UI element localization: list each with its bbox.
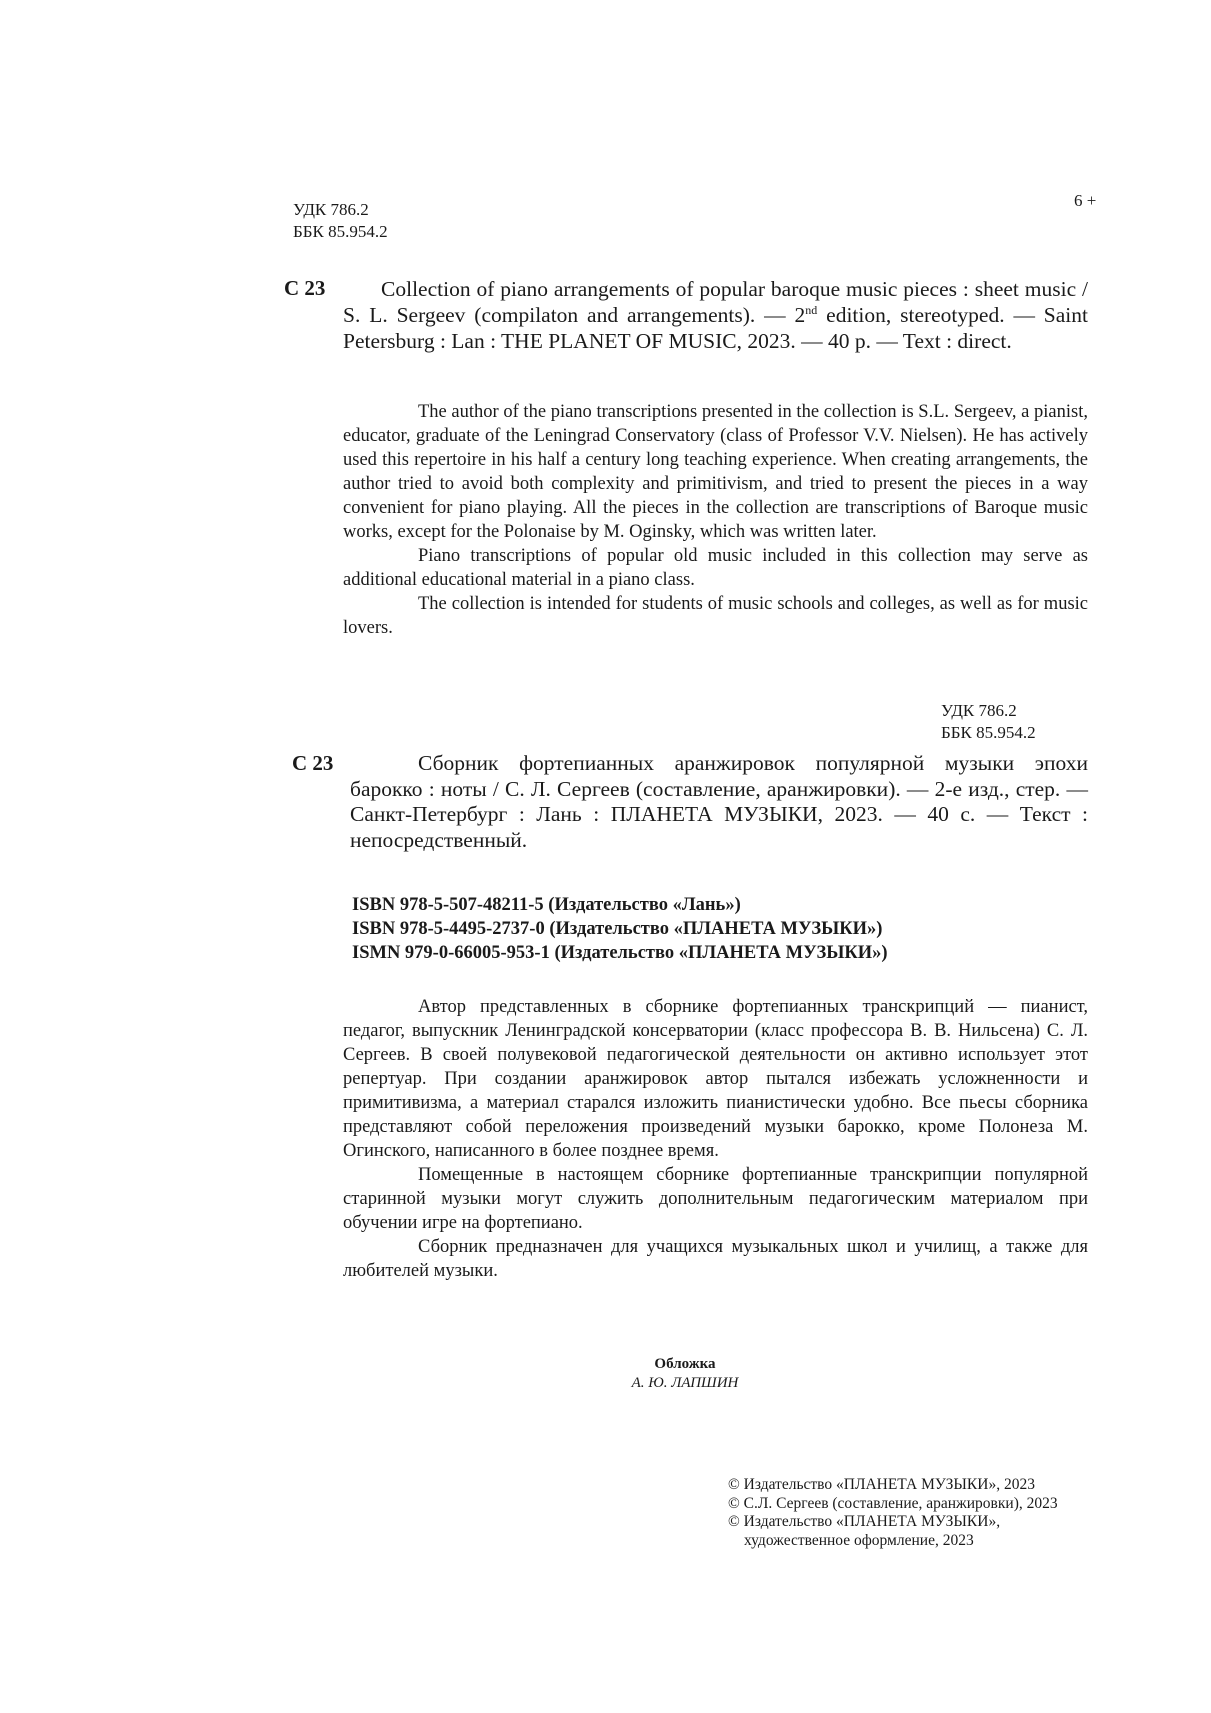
- udk-code: УДК 786.2: [941, 700, 1036, 722]
- copyright-line: художественное оформление, 2023: [728, 1532, 1058, 1551]
- abstract-en-paragraph: The author of the piano transcriptions p…: [343, 400, 1088, 544]
- isbn-block: ISBN 978-5-507-48211-5 (Издательство «Ла…: [352, 893, 888, 965]
- ismn-line: ISMN 979-0-66005-953-1 (Издательство «ПЛ…: [352, 941, 888, 965]
- abstract-en-paragraph: The collection is intended for students …: [343, 592, 1088, 640]
- bibliographic-entry-ru: Сборник фортепианных аранжировок популяр…: [350, 751, 1088, 853]
- copyright-line: © Издательство «ПЛАНЕТА МУЗЫКИ»,: [728, 1513, 1058, 1532]
- cover-designer: А. Ю. ЛАПШИН: [560, 1374, 810, 1393]
- abstract-ru: Автор представленных в сборнике фортепиа…: [343, 995, 1088, 1283]
- udk-code: УДК 786.2: [293, 199, 388, 221]
- age-rating: 6 +: [1074, 191, 1096, 211]
- classification-codes-top: УДК 786.2 ББК 85.954.2: [293, 199, 388, 243]
- isbn-line: ISBN 978-5-4495-2737-0 (Издательство «ПЛ…: [352, 917, 888, 941]
- author-code-ru: С 23: [292, 751, 333, 776]
- abstract-en: The author of the piano transcriptions p…: [343, 400, 1088, 640]
- abstract-en-paragraph: Piano transcriptions of popular old musi…: [343, 544, 1088, 592]
- biblio-en-superscript: nd: [805, 303, 817, 317]
- abstract-ru-paragraph: Сборник предназначен для учащихся музыка…: [343, 1235, 1088, 1283]
- cover-credit: Обложка А. Ю. ЛАПШИН: [560, 1355, 810, 1393]
- cover-label: Обложка: [560, 1355, 810, 1374]
- bbk-code: ББК 85.954.2: [293, 221, 388, 243]
- bbk-code: ББК 85.954.2: [941, 722, 1036, 744]
- bibliographic-entry-en: Collection of piano arrangements of popu…: [343, 276, 1088, 354]
- copyright-line: © С.Л. Сергеев (составление, аранжировки…: [728, 1495, 1058, 1514]
- isbn-line: ISBN 978-5-507-48211-5 (Издательство «Ла…: [352, 893, 888, 917]
- abstract-ru-paragraph: Помещенные в настоящем сборнике фортепиа…: [343, 1163, 1088, 1235]
- author-code-en: С 23: [284, 276, 325, 301]
- classification-codes-ru: УДК 786.2 ББК 85.954.2: [941, 700, 1036, 744]
- copyright-block: © Издательство «ПЛАНЕТА МУЗЫКИ», 2023 © …: [728, 1476, 1058, 1550]
- abstract-ru-paragraph: Автор представленных в сборнике фортепиа…: [343, 995, 1088, 1163]
- copyright-line: © Издательство «ПЛАНЕТА МУЗЫКИ», 2023: [728, 1476, 1058, 1495]
